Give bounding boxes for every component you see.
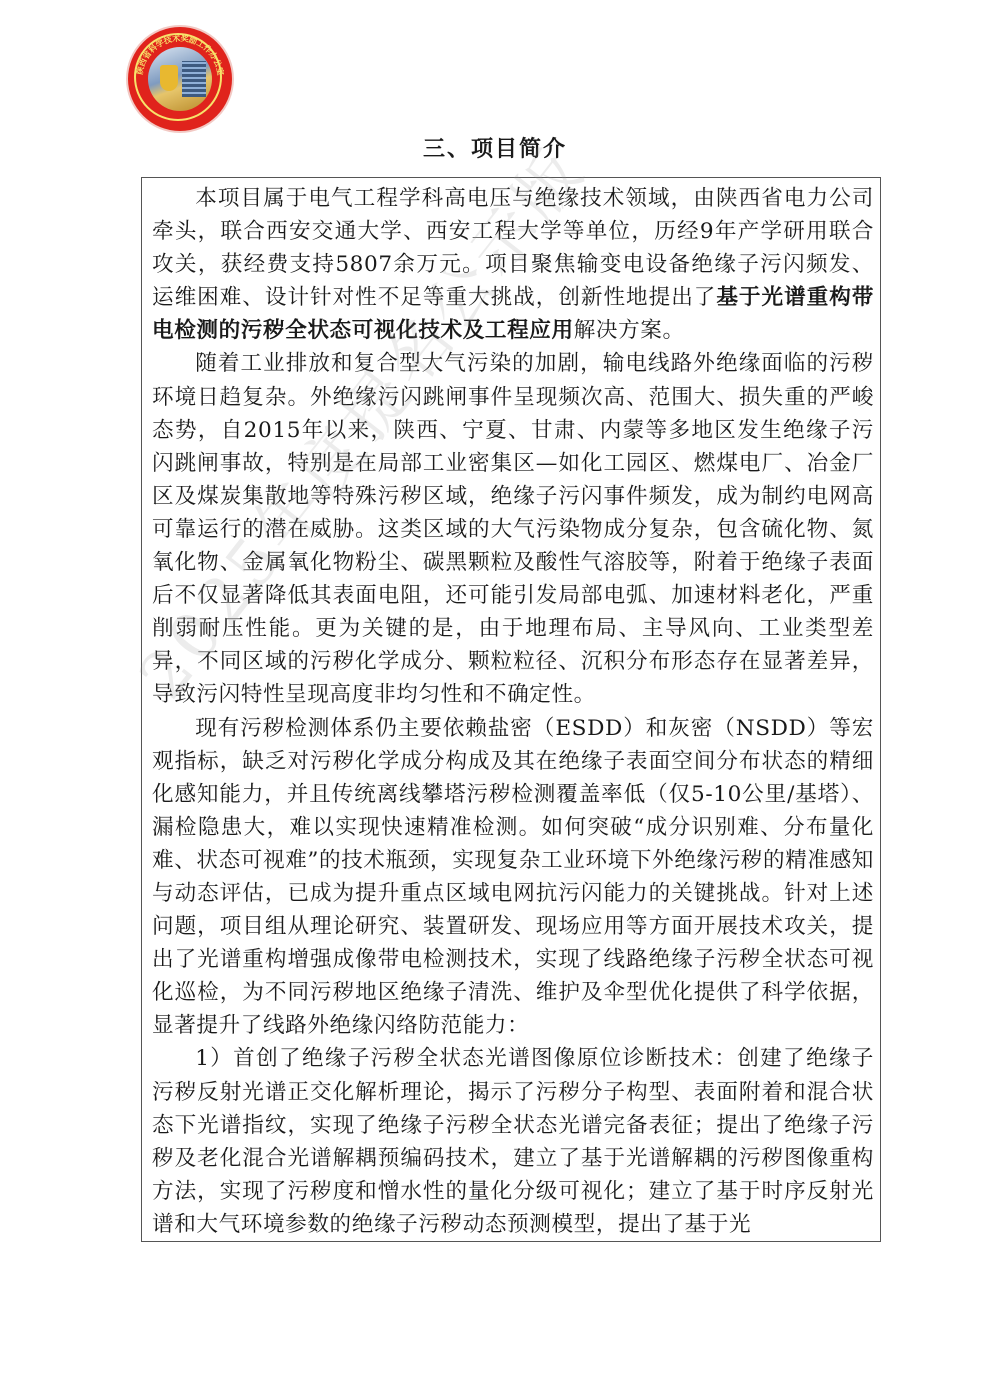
- project-intro-box: 本项目属于电气工程学科高电压与绝缘技术领域，由陕西省电力公司牵头，联合西安交通大…: [141, 177, 881, 1242]
- organization-emblem-logo: 陕西省科学技术奖励工作办公室: [128, 27, 232, 131]
- intro-paragraph-1: 本项目属于电气工程学科高电压与绝缘技术领域，由陕西省电力公司牵头，联合西安交通大…: [152, 182, 874, 347]
- intro-paragraph-2: 随着工业排放和复合型大气污染的加剧，输电线路外绝缘面临的污秽环境日趋复杂。外绝缘…: [152, 347, 874, 711]
- intro-content: 本项目属于电气工程学科高电压与绝缘技术领域，由陕西省电力公司牵头，联合西安交通大…: [152, 182, 874, 1241]
- intro-paragraph-4: 1）首创了绝缘子污秽全状态光谱图像原位诊断技术：创建了绝缘子污秽反射光谱正交化解…: [152, 1042, 874, 1241]
- paragraph-1-tail: 解决方案。: [574, 318, 685, 343]
- section-title: 三、项目简介: [0, 132, 990, 163]
- intro-paragraph-3: 现有污秽检测体系仍主要依赖盐密（ESDD）和灰密（NSDD）等宏观指标，缺乏对污…: [152, 712, 874, 1043]
- emblem-ring-text: 陕西省科学技术奖励工作办公室: [128, 27, 232, 131]
- svg-text:陕西省科学技术奖励工作办公室: 陕西省科学技术奖励工作办公室: [134, 33, 226, 76]
